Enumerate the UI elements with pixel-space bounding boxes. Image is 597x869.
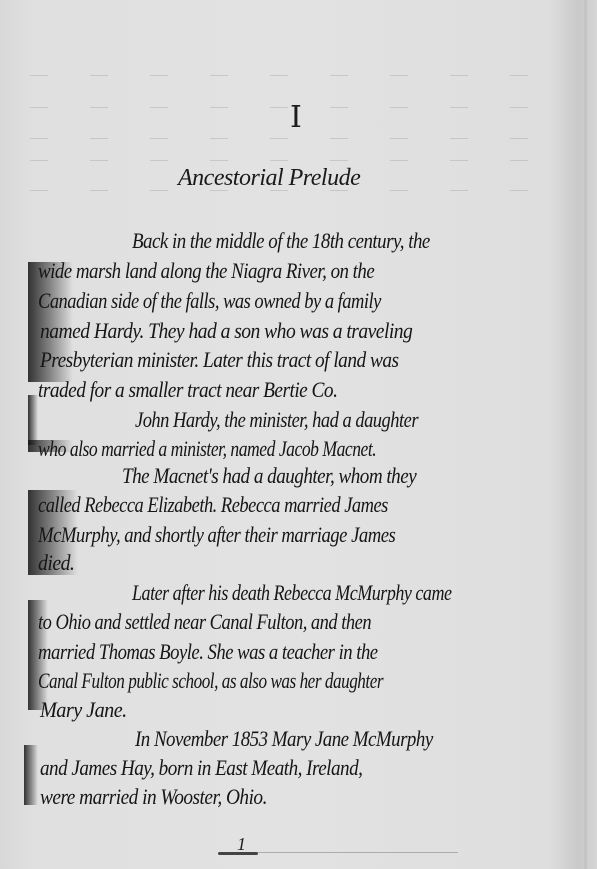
text-line: and James Hay, born in East Meath, Irela… bbox=[40, 755, 362, 781]
text-line: were married in Wooster, Ohio. bbox=[40, 784, 267, 810]
text-line: Presbyterian minister. Later this tract … bbox=[40, 347, 398, 373]
text-line: Mary Jane. bbox=[40, 697, 127, 723]
text-line: called Rebecca Elizabeth. Rebecca marrie… bbox=[38, 492, 388, 518]
ruled-line bbox=[30, 75, 550, 76]
text-line: Back in the middle of the 18th century, … bbox=[132, 228, 430, 254]
footer-rule bbox=[258, 852, 458, 853]
page-number-underline bbox=[218, 852, 258, 855]
text-line: Canadian side of the falls, was owned by… bbox=[38, 288, 381, 314]
ruled-line bbox=[30, 160, 550, 161]
binding-shadow bbox=[28, 395, 38, 445]
ruled-line bbox=[30, 138, 550, 139]
text-line: The Macnet's had a daughter, whom they bbox=[122, 463, 416, 489]
text-line: wide marsh land along the Niagra River, … bbox=[38, 258, 374, 284]
text-line: to Ohio and settled near Canal Fulton, a… bbox=[38, 609, 371, 635]
text-line: who also married a minister, named Jacob… bbox=[38, 436, 376, 462]
chapter-numeral: I bbox=[290, 100, 302, 135]
page-title: Ancestorial Prelude bbox=[178, 165, 360, 192]
text-line: Later after his death Rebecca McMurphy c… bbox=[132, 580, 452, 606]
text-line: traded for a smaller tract near Bertie C… bbox=[38, 377, 337, 403]
text-line: named Hardy. They had a son who was a tr… bbox=[40, 318, 412, 344]
text-line: married Thomas Boyle. She was a teacher … bbox=[38, 639, 378, 665]
text-line: died. bbox=[38, 550, 74, 576]
text-line: McMurphy, and shortly after their marria… bbox=[38, 522, 395, 548]
text-line: In November 1853 Mary Jane McMurphy bbox=[135, 726, 433, 752]
document-page: I Ancestorial Prelude Back in the middle… bbox=[0, 0, 597, 869]
binding-shadow bbox=[24, 745, 38, 805]
text-line: John Hardy, the minister, had a daughter bbox=[135, 407, 418, 433]
text-line: Canal Fulton public school, as also was … bbox=[38, 668, 383, 694]
page-edge bbox=[584, 0, 587, 869]
